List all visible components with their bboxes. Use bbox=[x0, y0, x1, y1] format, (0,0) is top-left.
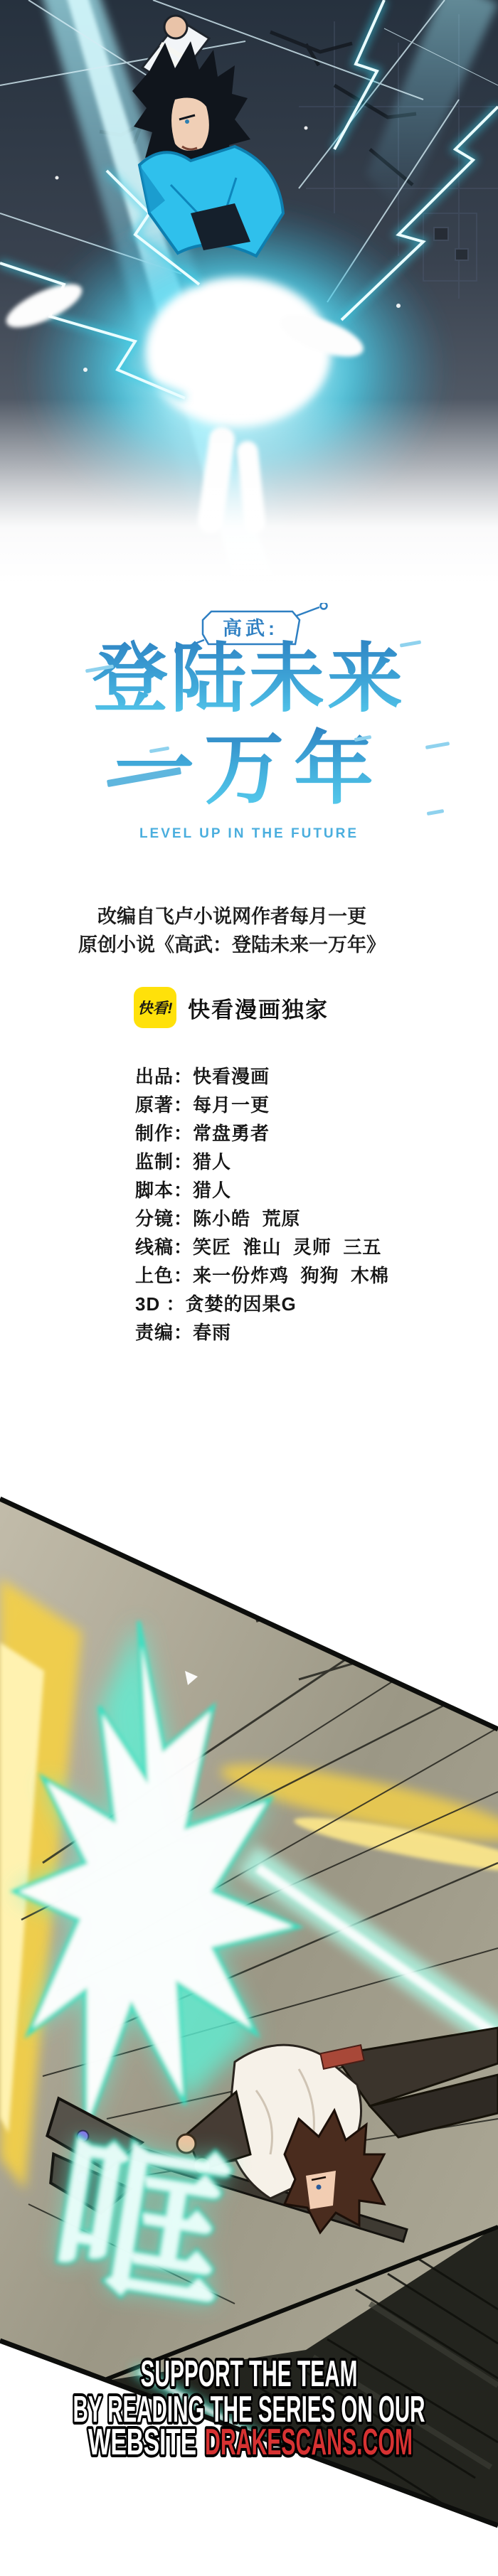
kuaikan-app-icon: 快看! bbox=[134, 987, 176, 1028]
footer-website-link[interactable]: DRAKESCANS.COM bbox=[205, 2422, 413, 2463]
hero-artwork-top bbox=[0, 0, 498, 583]
credit-row-original: 原著：每月一更 bbox=[135, 1091, 389, 1119]
scanlation-footer: SUPPORT THE TEAM BY READING THE SERIES O… bbox=[0, 2343, 498, 2464]
face bbox=[171, 98, 209, 151]
adaptation-note: 改编自飞卢小说网作者每月一更 原创小说《高武：登陆未来一万年》 bbox=[0, 903, 464, 960]
title-badge-label: 高武: bbox=[223, 617, 278, 639]
credit-row-script: 脚本：猎人 bbox=[135, 1176, 389, 1204]
credit-row-producer: 出品：快看漫画 bbox=[135, 1062, 389, 1091]
sfx-text: 哐 bbox=[41, 2118, 239, 2333]
adaptation-note-line1: 改编自飞卢小说网作者每月一更 bbox=[0, 903, 464, 931]
footer-website-label: WEBSITE bbox=[88, 2422, 196, 2463]
series-title-line1: 登陆未来 bbox=[0, 638, 498, 720]
credit-row-3d: 3D ：贪婪的因果G bbox=[135, 1290, 389, 1318]
publisher-exclusive-label: 快看漫画独家 bbox=[188, 992, 329, 1024]
credit-row-storyboard: 分镜：陈小皓 荒原 bbox=[135, 1204, 389, 1233]
bottom-white-fade bbox=[0, 398, 498, 583]
series-subtitle-en: LEVEL UP IN THE FUTURE bbox=[0, 826, 498, 842]
adaptation-note-line2: 原创小说《高武：登陆未来一万年》 bbox=[0, 931, 464, 960]
credit-row-editor: 责编：春雨 bbox=[135, 1318, 389, 1347]
publisher-row: 快看! 快看漫画独家 bbox=[134, 987, 329, 1028]
series-title-line2: 一万年 bbox=[0, 727, 498, 813]
credit-row-coloring: 上色：来一份炸鸡 狗狗 木棉 bbox=[135, 1261, 389, 1290]
credit-row-supervisor: 监制：猎人 bbox=[135, 1148, 389, 1176]
credit-row-studio: 制作：常盘勇者 bbox=[135, 1119, 389, 1148]
credits-list: 出品：快看漫画 原著：每月一更 制作：常盘勇者 监制：猎人 脚本：猎人 分镜：陈… bbox=[135, 1062, 389, 1347]
credit-row-lineart: 线稿：笑匠 淮山 灵师 三五 bbox=[135, 1233, 389, 1261]
fist bbox=[164, 16, 187, 38]
face-bottom bbox=[306, 2171, 336, 2209]
comic-credits-page: 高武: 登陆未来 一万年 LEVEL UP IN THE FUTURE 改编自飞… bbox=[0, 0, 498, 2576]
